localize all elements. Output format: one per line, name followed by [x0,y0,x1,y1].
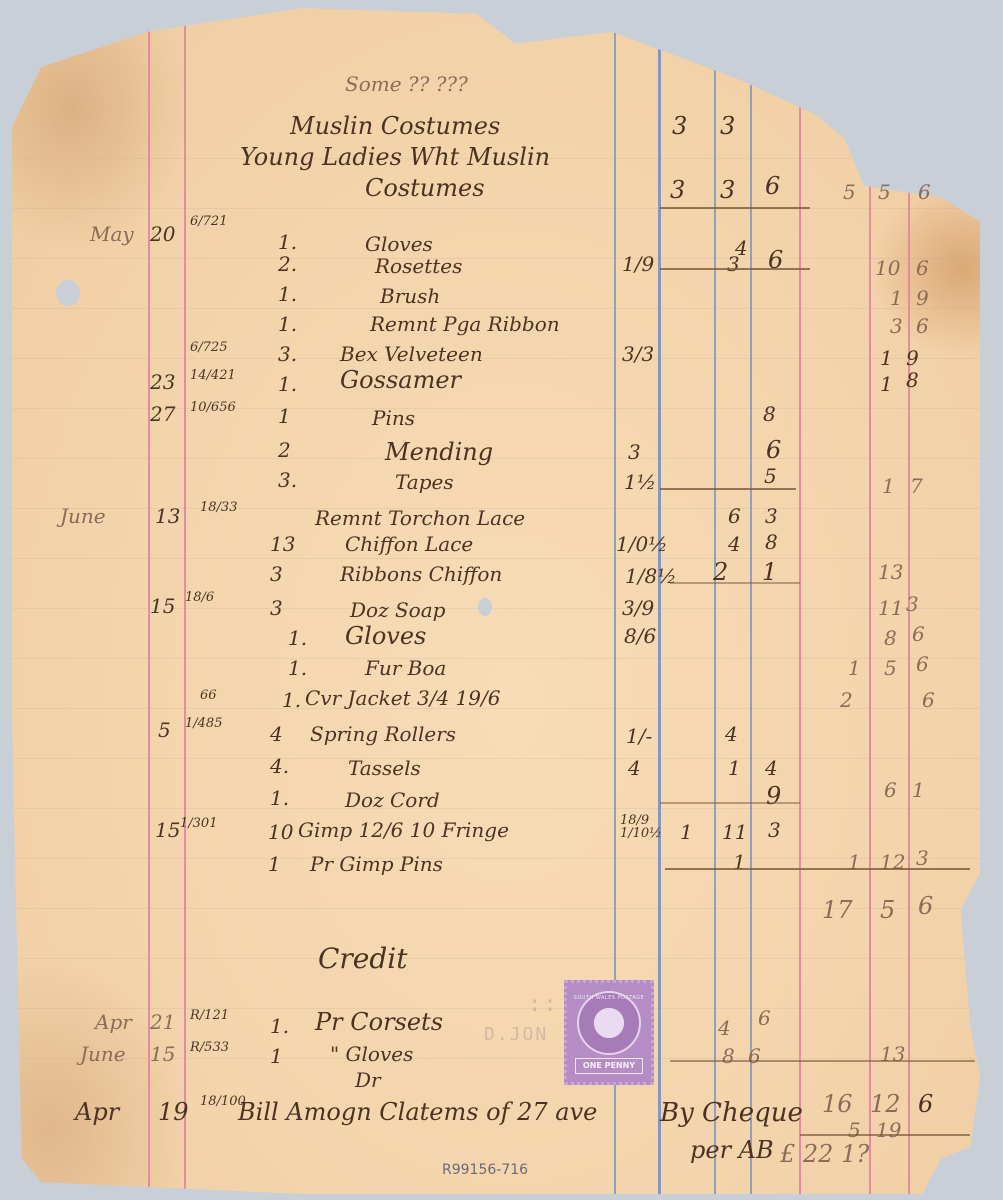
entry-total-s: 13 [878,560,903,584]
entry-item: Tapes [395,470,454,494]
credit-d: 6 [748,1044,761,1068]
header-total: 5 [878,180,891,204]
entry-d: 8 [765,530,778,554]
total-shillings-rule [869,8,871,1194]
entry-qty: 1. [278,282,297,306]
perfin-mark: :: [528,992,559,1017]
entry-item: Chiffon Lace [345,532,473,556]
entry-ref: 6/725 [190,340,227,355]
entry-d: 4 [765,756,778,780]
entry-item: Cvr Jacket 3/4 19/6 [305,686,500,710]
entry-total-s: 11 [878,596,903,620]
entry-total-s: 1 [882,474,895,498]
entry-qty: 4 [270,722,283,746]
cheque-shillings: 12 [870,1090,901,1118]
underline [660,207,810,209]
subtotal-pence: 6 [918,892,933,920]
credit-total-s: 13 [880,1042,905,1066]
entry-qty: 4. [270,754,289,778]
perfin-mark: D.JON [484,1024,548,1045]
entry-qty: 10 [268,820,293,844]
subtotal-shillings: 5 [880,896,895,924]
entry-price: 1/- [626,724,652,748]
entry-total-d: 7 [910,474,923,498]
ruled-line [12,358,980,359]
credit-qty: 1 [270,1044,283,1068]
ruled-line [12,258,980,259]
underline [660,488,796,490]
entry-qty: 1. [282,688,301,712]
header-amount: 3 [670,176,685,204]
stamp-ring-text: SOUTH WALES POSTAGE [567,995,651,1001]
entry-item: Doz Cord [345,788,440,812]
entry-total-l: 1 [848,656,861,680]
stamp-value-label: ONE PENNY [575,1058,643,1074]
ruled-line [12,308,980,309]
entry-ref: 18/33 [200,500,237,515]
entry-qty: 1. [278,230,297,254]
entry-item: Bex Velveteen [340,342,483,366]
entry-day: 23 [150,370,175,394]
credit-month: Apr [95,1010,132,1034]
entry-qty: 1. [288,626,307,650]
entry-day: 5 [158,718,171,742]
entry-total-d: 3 [916,846,929,870]
paper-hole [478,598,492,616]
credit-heading: Credit [318,942,408,975]
header-line3: Costumes [365,174,485,202]
entry-price: 1½ [624,470,656,494]
ruled-line [12,958,980,959]
header-line0: Some ?? ??? [345,72,468,96]
entry-s: 3 [727,252,740,276]
balance-amount: £ 22 1? [780,1140,869,1168]
entry-item: Gloves [345,622,426,650]
entry-day: 15 [150,594,175,618]
cheque-pence: 6 [918,1090,933,1118]
ruled-line [12,808,980,809]
entry-item: Remnt Torchon Lace [315,506,525,530]
second-pence: 19 [876,1118,901,1142]
entry-total-s: 12 [880,850,905,874]
credit-day: 21 [150,1010,175,1034]
entry-item: Doz Soap [350,598,445,622]
entry-price: 1/0½ [616,532,668,556]
credit-d: 6 [758,1006,771,1030]
entry-price: 3/3 [622,342,654,366]
subtotal-pounds: 17 [822,896,853,924]
entry-item: Tassels [348,756,421,780]
payment-day: 19 [158,1098,189,1126]
credit-day: 15 [150,1042,175,1066]
entry-item: Gimp 12/6 10 Fringe [298,818,509,842]
total-pounds-rule [799,8,801,1194]
underline [660,802,800,804]
pounds-column-rule [658,8,661,1194]
entry-item: Ribbons Chiffon [340,562,502,586]
entry-d: 5 [764,464,777,488]
entry-qty: 3 [270,596,283,620]
entry-total-d: 6 [916,256,929,280]
header-amount: 3 [720,112,735,140]
entry-total-d: 3 [906,592,919,616]
entry-qty: 3 [270,562,283,586]
entry-item: Fur Boa [365,656,446,680]
entry-item: Pr Gimp Pins [310,852,443,876]
ruled-line [12,1008,980,1009]
entry-total-s: 5 [884,656,897,680]
entry-qty: 1. [270,786,289,810]
credit-item: " Gloves [330,1042,413,1066]
ruled-line [12,558,980,559]
entry-total-s: 6 [884,778,897,802]
header-line1: Muslin Costumes [290,112,500,140]
entry-day: 15 [155,818,180,842]
payment-month: Apr [75,1098,119,1126]
entry-qty: 1 [268,852,281,876]
entry-total-d: 9 [906,346,919,370]
entry-total-d: 1 [912,778,925,802]
ruled-line [12,858,980,859]
entry-qty: 1. [288,656,307,680]
entry-total-d: 9 [916,286,929,310]
cheque-pounds: 16 [822,1090,853,1118]
entry-qty: 2. [278,252,297,276]
entry-day: 20 [150,222,175,246]
credit-item: Pr Corsets [315,1008,443,1036]
header-total: 5 [843,180,856,204]
entry-qty: 3. [278,342,297,366]
payment-text: Bill Amogn Clatems of 27 ave [238,1098,597,1126]
entry-d: 3 [768,818,781,842]
credit-s: 8 [722,1044,735,1068]
entry-total-s: 1 [880,372,893,396]
entry-total-d: 6 [916,314,929,338]
entry-price: 3 [628,440,641,464]
entry-item: Brush [380,284,440,308]
entry-l: 1 [680,820,693,844]
pence-column-rule [750,8,752,1194]
entry-total-l: 1 [848,850,861,874]
underline [670,582,800,584]
entry-s: 4 [728,532,741,556]
header-total: 6 [918,180,931,204]
header-amount: 6 [765,172,780,200]
entry-total-d: 6 [916,652,929,676]
entry-d: 9 [766,782,781,810]
by-cheque-label: By Cheque [660,1098,803,1128]
entry-qty: 1. [278,372,297,396]
ruled-line [12,208,980,209]
ruled-line [12,758,980,759]
header-line2: Young Ladies Wht Muslin [240,143,550,171]
second-shillings: 5 [848,1118,861,1142]
entry-ref: 1/485 [185,716,222,731]
credit-month: June [80,1042,126,1066]
entry-total-s: 8 [884,626,897,650]
balance-label: per AB [690,1136,774,1164]
entry-s: 4 [725,722,738,746]
entry-d: 6 [768,246,783,274]
underline [665,868,970,870]
entry-item: Gossamer [340,366,461,394]
archive-number: R99156-716 [442,1162,528,1178]
entry-total-s: 3 [890,314,903,338]
entry-day: 13 [155,504,180,528]
postage-stamp: SOUTH WALES POSTAGE ONE PENNY [564,980,654,1085]
credit-ref: R/121 [190,1008,229,1023]
entry-price: 8/6 [624,624,656,648]
entry-ref: 14/421 [190,368,236,383]
entry-item: Remnt Pga Ribbon [370,312,560,336]
header-amount: 3 [672,112,687,140]
entry-item: Gloves [365,232,433,256]
entry-s: 1 [733,850,746,874]
ruled-line [12,458,980,459]
underline [800,1134,970,1136]
credit-s: 4 [718,1016,731,1040]
entry-price: 3/9 [622,596,654,620]
underline [670,1060,975,1062]
entry-item: Pins [372,406,415,430]
entry-month: June [60,504,106,528]
dr-label: Dr [355,1068,381,1092]
credit-qty: 1. [270,1014,289,1038]
entry-qty: 13 [270,532,295,556]
entry-qty: 2 [278,438,291,462]
entry-qty: 1. [278,312,297,336]
entry-total-s: 10 [875,256,900,280]
entry-total-d: 6 [912,622,925,646]
entry-day: 27 [150,402,175,426]
entry-total-s: 1 [890,286,903,310]
entry-qty: 1 [278,404,291,428]
entry-total-d: 6 [922,688,935,712]
underline [660,268,810,270]
entry-qty: 3. [278,468,297,492]
entry-item: Spring Rollers [310,722,456,746]
entry-d: 8 [763,402,776,426]
ruled-line [12,658,980,659]
entry-total-l: 2 [840,688,853,712]
entry-total-s: 1 [880,346,893,370]
entry-month: May [90,222,134,246]
entry-s: 11 [722,820,747,844]
entry-ref: 6/721 [190,214,227,229]
entry-ref: 10/656 [190,400,236,415]
entry-price: 1/9 [622,252,654,276]
entry-price: 4 [628,756,641,780]
entry-total-d: 8 [906,368,919,392]
entry-d: 3 [765,504,778,528]
entry-item: Rosettes [375,254,462,278]
entry-ref: 1/301 [180,816,217,831]
punch-hole [56,280,80,306]
entry-price: 18/9 1/10½ [620,814,648,840]
entry-item: Mending [385,438,493,466]
entry-d: 6 [766,436,781,464]
header-amount: 3 [720,176,735,204]
entry-s: 6 [728,504,741,528]
entry-price: 1/8½ [625,564,677,588]
shillings-column-rule [714,8,716,1194]
entry-s: 1 [728,756,741,780]
entry-ref: 18/6 [185,590,214,605]
credit-ref: R/533 [190,1040,229,1055]
entry-ref: 66 [200,688,217,703]
